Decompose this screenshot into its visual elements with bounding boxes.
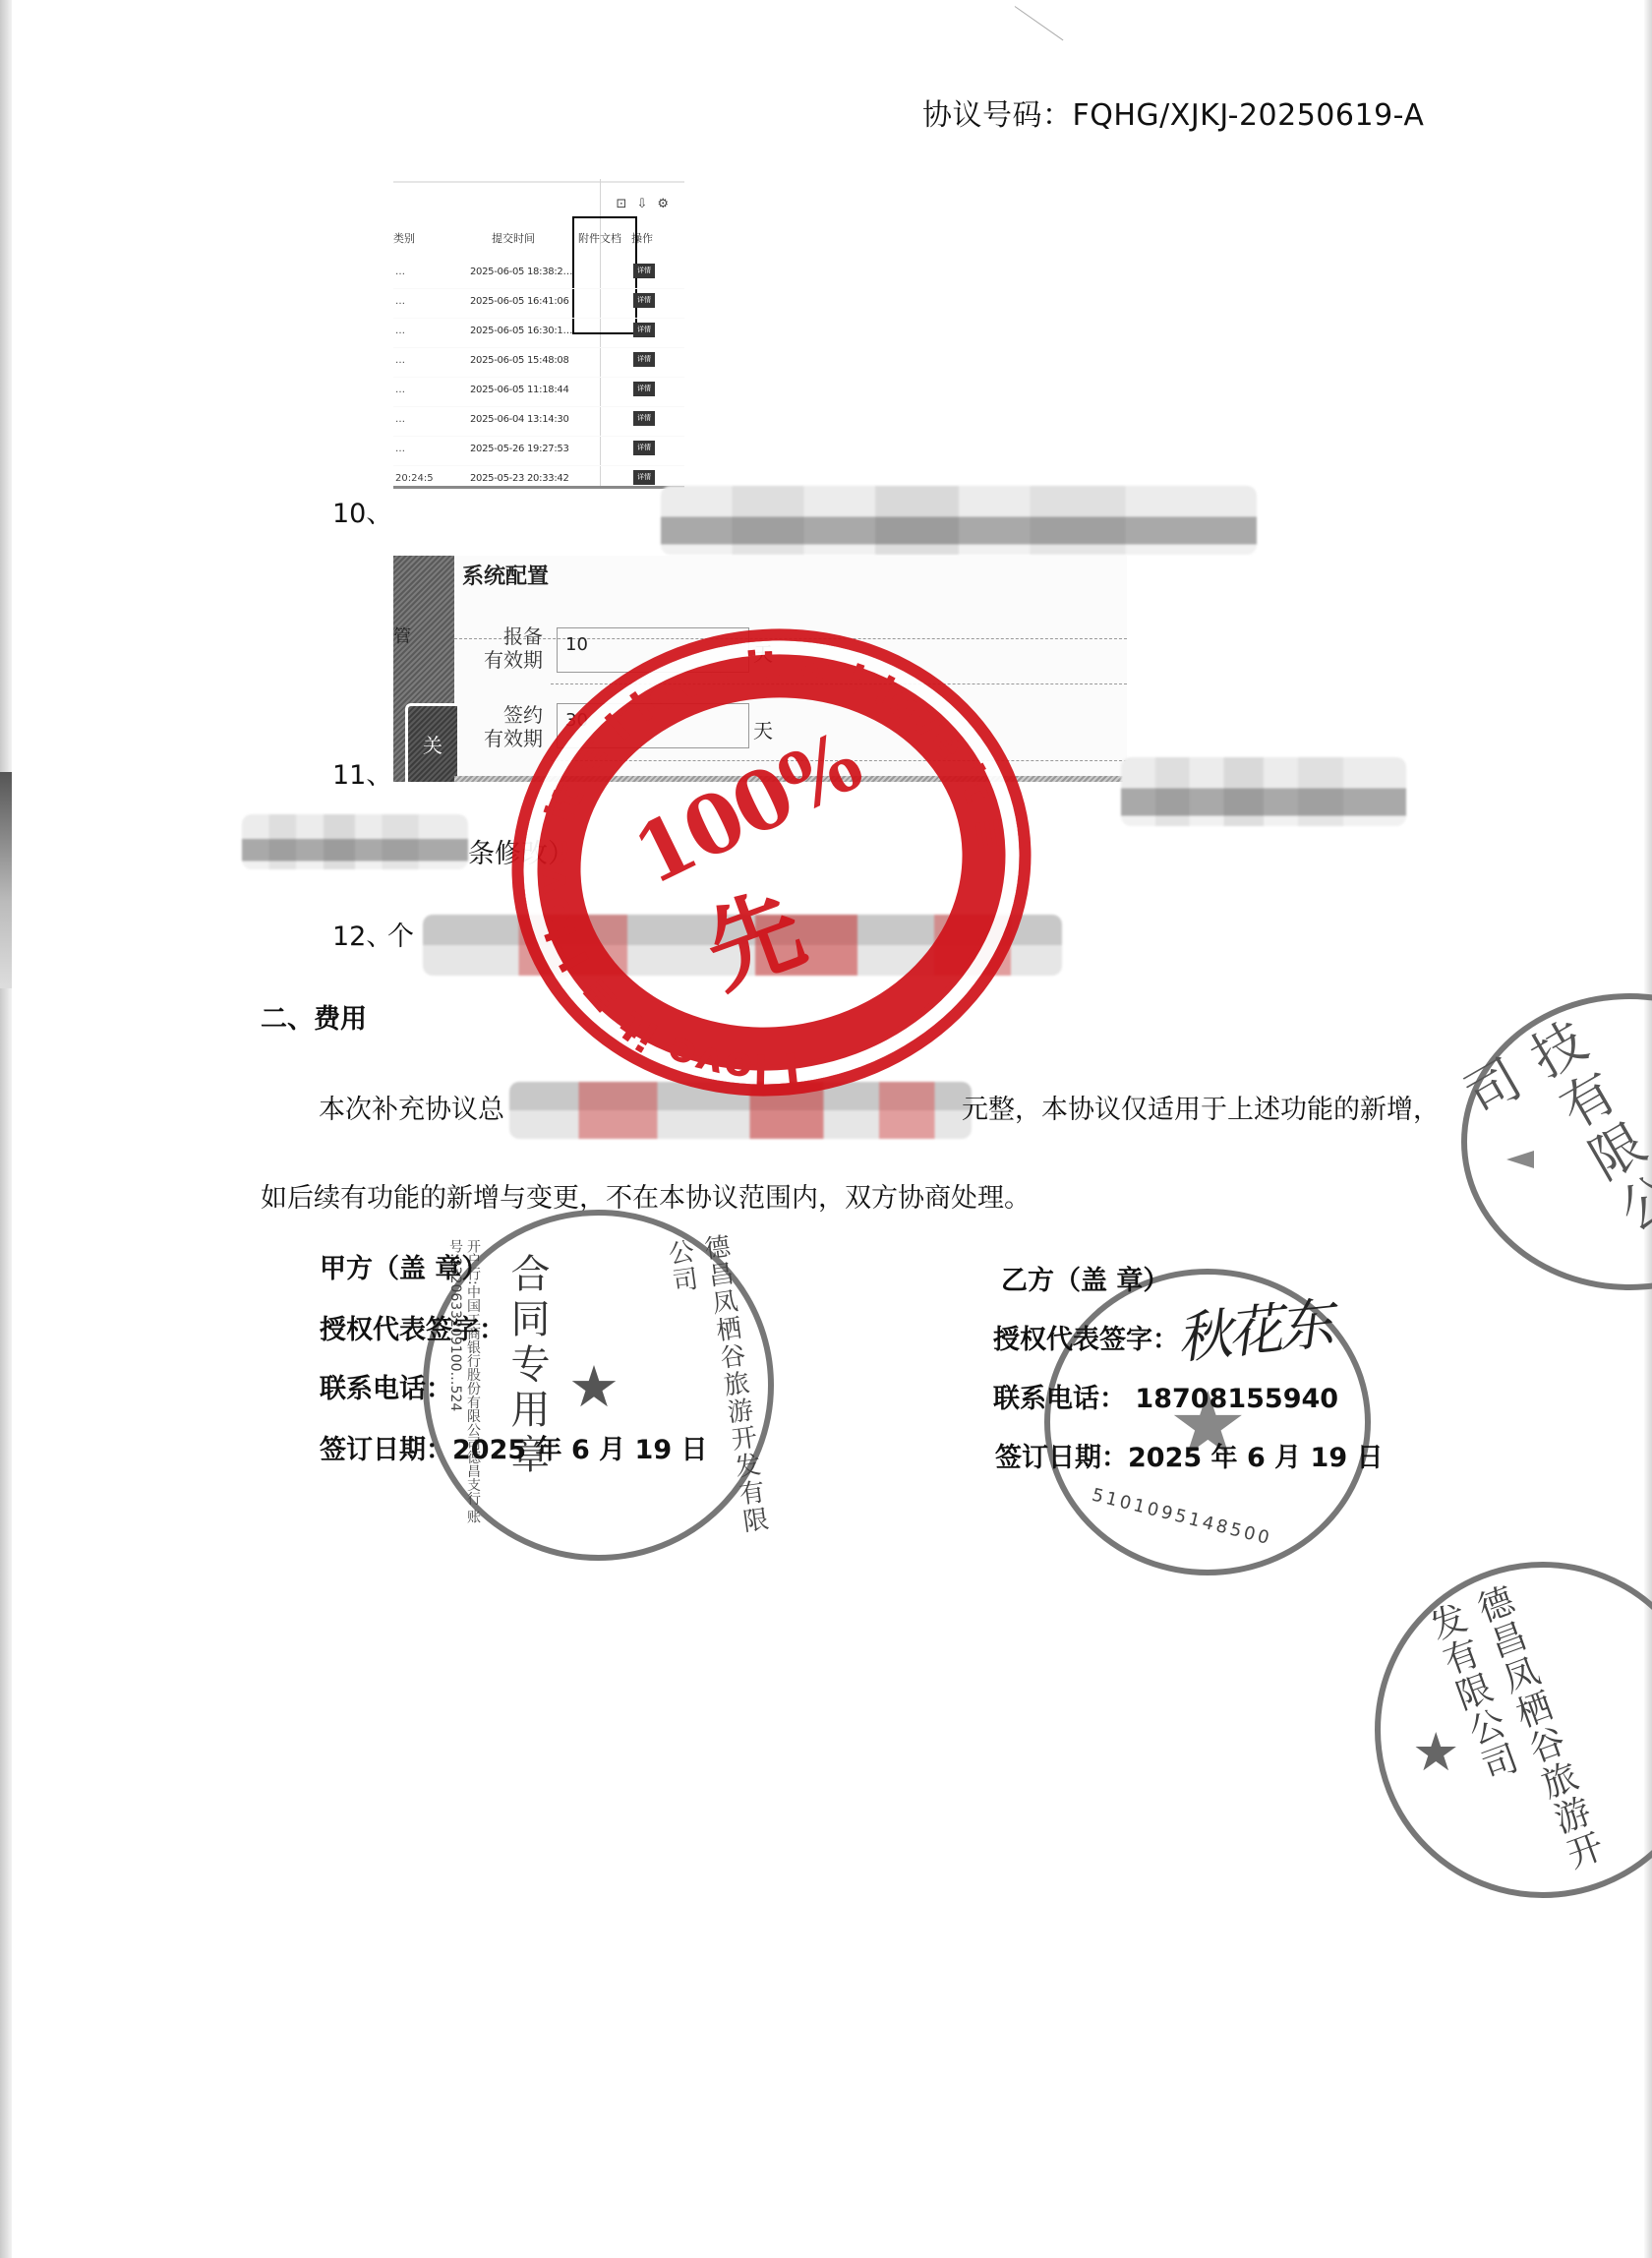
cell-type: … xyxy=(395,267,405,277)
settings-icon: ⚙ xyxy=(657,197,678,211)
cell-type: … xyxy=(395,355,405,366)
item-12-prefix: 个 xyxy=(387,915,414,953)
party-b-handwritten-signature: 秋花东 xyxy=(1172,1280,1333,1375)
cell-time: 2025-05-26 19:27:53 xyxy=(470,444,569,454)
paper-crease xyxy=(1015,6,1064,40)
cell-time: 2025-06-05 16:30:1… xyxy=(470,326,572,336)
fees-paragraph-mid: 元整，本协议仅适用于上述功能的新增， xyxy=(962,1088,1440,1126)
seal-partial-right-top: 技有限公司 xyxy=(1461,993,1652,1290)
details-button: 详情 xyxy=(633,264,655,278)
party-a-phone-label: 联系电话： xyxy=(320,1367,452,1405)
embedded-table-screenshot: ⊡⇩⚙ 类别 提交时间 附件文档 操作 …2025-06-05 18:38:2…… xyxy=(393,179,684,489)
details-button: 详情 xyxy=(633,441,655,455)
redacted-text xyxy=(1121,757,1406,826)
column-header-type: 类别 xyxy=(393,230,415,246)
cell-type: … xyxy=(395,296,405,307)
details-button: 详情 xyxy=(633,382,655,396)
party-a-signatory-label: 授权代表签字： xyxy=(320,1308,505,1346)
cell-type: … xyxy=(395,444,405,454)
agreement-number: 协议号码：FQHG/XJKJ-20250619-A xyxy=(922,90,1424,134)
red-overlay-stamp: I love it ≡ I love it ≡ I love it ≡ I lo… xyxy=(482,595,1062,1129)
party-b-date: 签订日期：2025 年 6 月 19 日 xyxy=(995,1436,1384,1474)
cell-type: … xyxy=(395,414,405,425)
cell-time: 2025-06-05 16:41:06 xyxy=(470,296,569,307)
cell-type: 20:24:5 xyxy=(395,473,434,484)
page-edge-shadow xyxy=(0,772,12,988)
table-row: …2025-06-05 18:38:2…详情 xyxy=(393,260,684,289)
details-button: 详情 xyxy=(633,411,655,426)
table-row: …2025-06-04 13:14:30详情 xyxy=(393,407,684,437)
field-label-report-validity: 报备 有效期 xyxy=(454,624,543,672)
star-icon: ★ xyxy=(1412,1721,1459,1783)
seal-partial-right-bottom: 德昌凤栖谷旅游开发有限公司 ★ xyxy=(1375,1562,1652,1898)
cell-time: 2025-05-23 20:33:42 xyxy=(470,473,569,484)
party-b-phone: 联系电话： 18708155940 xyxy=(993,1377,1338,1415)
filter-icon: ⊡ xyxy=(617,197,637,211)
close-button: 关 xyxy=(405,703,457,782)
star-icon: ★ xyxy=(568,1353,619,1420)
redacted-text xyxy=(242,814,468,869)
table-row: …2025-06-05 15:48:08详情 xyxy=(393,348,684,378)
table-row: …2025-06-05 16:30:1…详情 xyxy=(393,319,684,348)
details-button: 详情 xyxy=(633,352,655,367)
cell-time: 2025-06-05 11:18:44 xyxy=(470,385,569,395)
table-row: 20:24:52025-05-23 20:33:42详情 xyxy=(393,466,684,489)
item-number-11: 11、 xyxy=(332,753,392,792)
toolbar-icons: ⊡⇩⚙ xyxy=(617,197,678,211)
cell-time: 2025-06-05 18:38:2… xyxy=(470,267,572,277)
party-b-title: 乙方（盖 章） xyxy=(1001,1259,1169,1297)
page-edge-left xyxy=(0,0,12,2258)
cell-type: … xyxy=(395,326,405,336)
details-button: 详情 xyxy=(633,323,655,337)
fees-paragraph-line2: 如后续有功能的新增与变更，不在本协议范围内，双方协商处理。 xyxy=(261,1176,1031,1215)
cell-time: 2025-06-04 13:14:30 xyxy=(470,414,569,425)
party-b-signatory-label: 授权代表签字： xyxy=(993,1318,1179,1356)
fees-paragraph-start: 本次补充协议总 xyxy=(319,1088,504,1126)
party-a-title: 甲方（盖 章） xyxy=(320,1247,488,1285)
agreement-number-value: FQHG/XJKJ-20250619-A xyxy=(1073,98,1425,133)
item-number-12: 12、 xyxy=(332,915,392,953)
cell-time: 2025-06-05 15:48:08 xyxy=(470,355,569,366)
section-title-fees: 二、费用 xyxy=(261,997,367,1036)
table-row: …2025-05-26 19:27:53详情 xyxy=(393,437,684,466)
triangle-icon xyxy=(1506,1151,1534,1168)
details-button: 详情 xyxy=(633,293,655,308)
export-icon: ⇩ xyxy=(636,197,657,211)
details-button: 详情 xyxy=(633,470,655,485)
cell-type: … xyxy=(395,385,405,395)
party-a-date: 签订日期：2025 年 6 月 19 日 xyxy=(320,1428,708,1466)
table-row: …2025-06-05 16:41:06详情 xyxy=(393,289,684,319)
agreement-number-label: 协议号码： xyxy=(922,98,1073,133)
column-header-time: 提交时间 xyxy=(492,230,535,246)
table-row: …2025-06-05 11:18:44详情 xyxy=(393,378,684,407)
redacted-text xyxy=(661,486,1257,555)
sidebar-label: 管 xyxy=(393,623,411,648)
item-number-10: 10、 xyxy=(332,492,392,530)
